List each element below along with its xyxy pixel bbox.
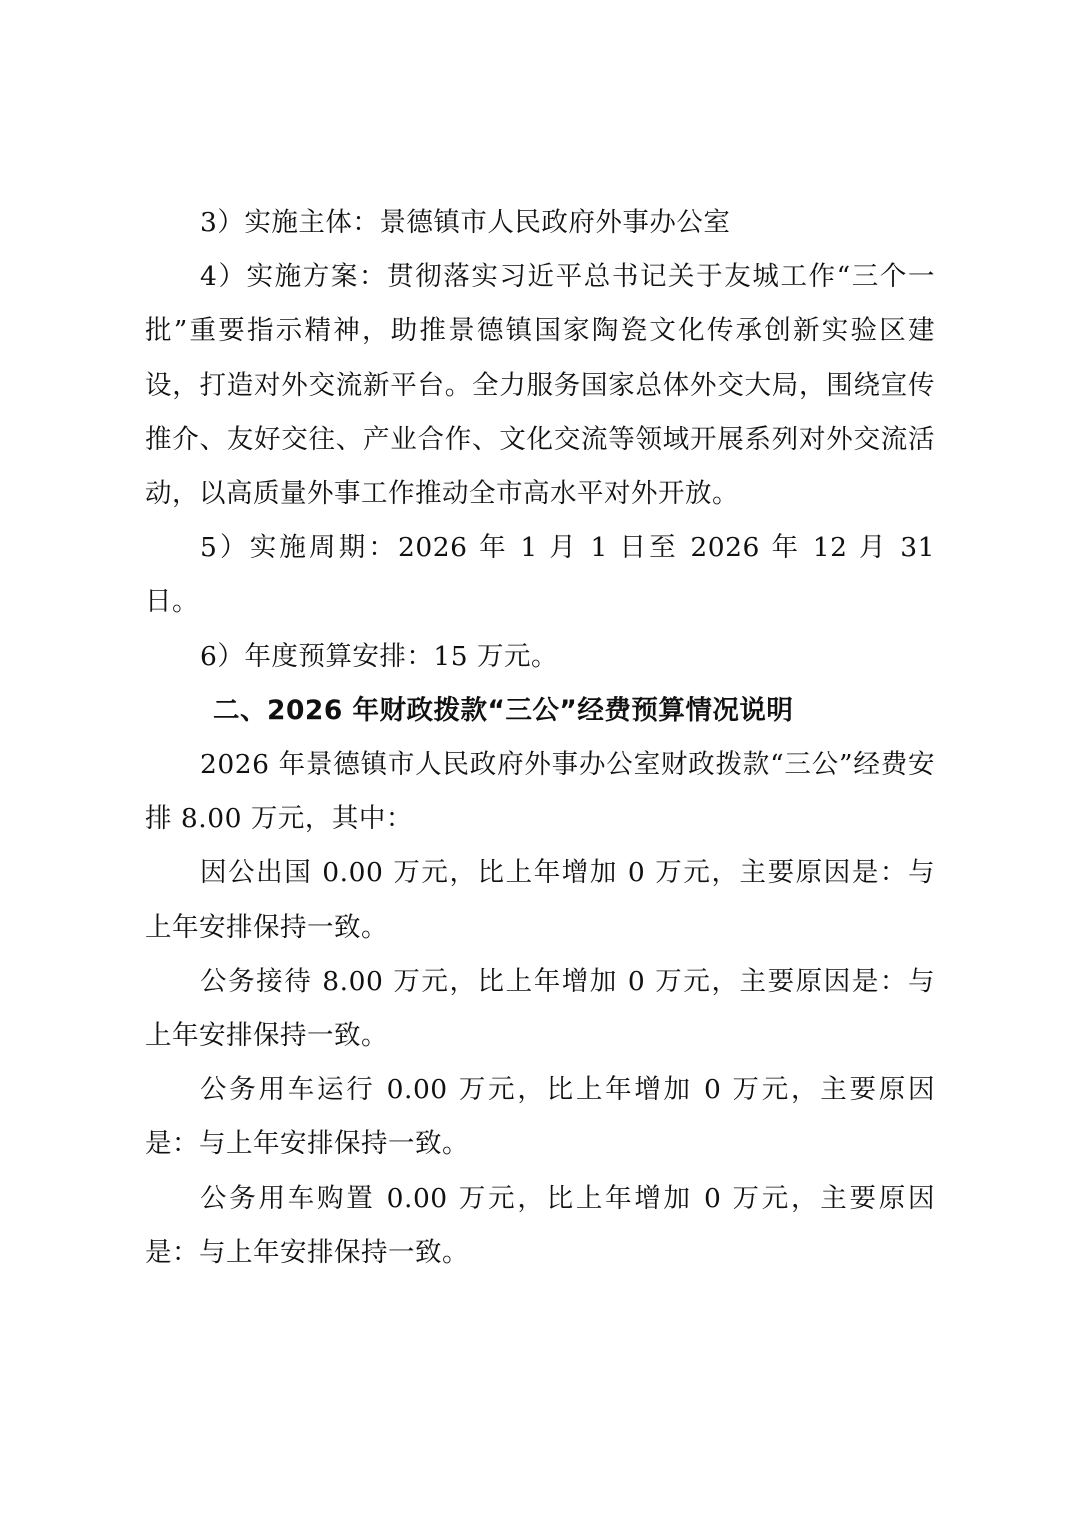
document-page: 3）实施主体：景德镇市人民政府外事办公室 4）实施方案：贯彻落实习近平总书记关于… [145,196,935,1280]
paragraph-vehicle-operation: 公务用车运行 0.00 万元，比上年增加 0 万元，主要原因是：与上年安排保持一… [145,1063,935,1171]
paragraph-vehicle-purchase: 公务用车购置 0.00 万元，比上年增加 0 万元，主要原因是：与上年安排保持一… [145,1172,935,1280]
section-heading-three-public-expenses: 二、2026 年财政拨款“三公”经费预算情况说明 [145,684,935,738]
paragraph-three-public-summary: 2026 年景德镇市人民政府外事办公室财政拨款“三公”经费安排 8.00 万元，… [145,738,935,846]
paragraph-implementing-entity: 3）实施主体：景德镇市人民政府外事办公室 [145,196,935,250]
paragraph-implementation-period: 5）实施周期：2026 年 1 月 1 日至 2026 年 12 月 31 日。 [145,521,935,629]
paragraph-annual-budget: 6）年度预算安排：15 万元。 [145,630,935,684]
paragraph-implementation-plan: 4）实施方案：贯彻落实习近平总书记关于友城工作“三个一批”重要指示精神，助推景德… [145,250,935,521]
paragraph-overseas-travel: 因公出国 0.00 万元，比上年增加 0 万元，主要原因是：与上年安排保持一致。 [145,846,935,954]
paragraph-official-reception: 公务接待 8.00 万元，比上年增加 0 万元，主要原因是：与上年安排保持一致。 [145,955,935,1063]
